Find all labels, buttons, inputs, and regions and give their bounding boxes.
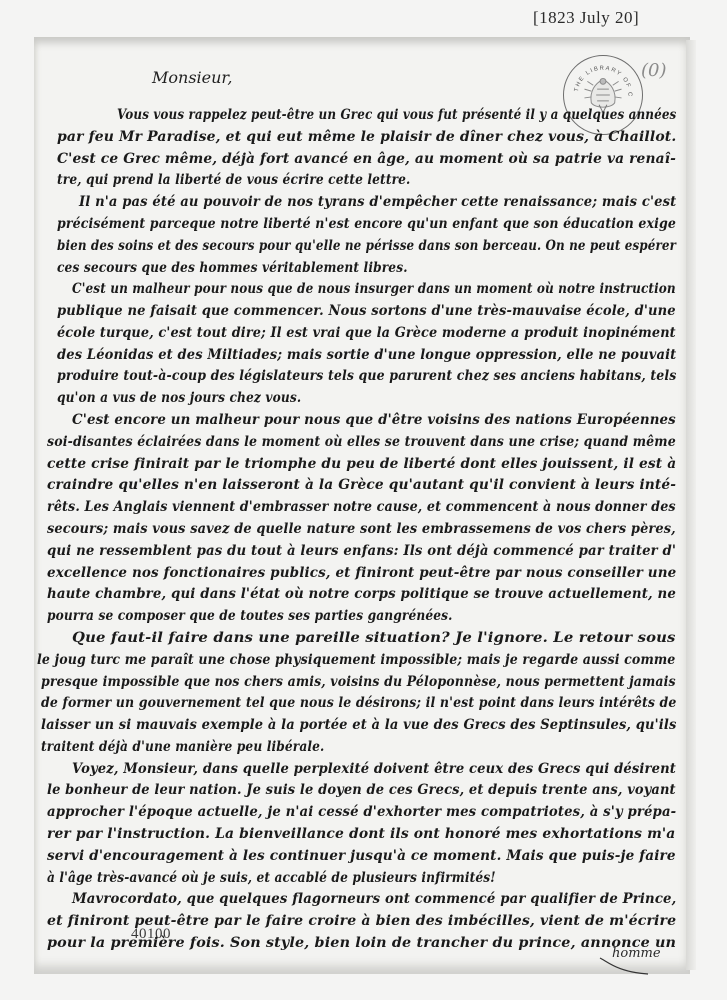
letter-line: laisser un si mauvais exemple à la porté… — [41, 717, 676, 733]
letter-line: école turque, c'est tout dire; Il est vr… — [57, 325, 676, 341]
letter-line: cette crise finirait par le triomphe du … — [47, 456, 676, 472]
letter-salutation: Monsieur, — [152, 68, 232, 87]
letter-line: Voyez, Monsieur, dans quelle perplexité … — [72, 761, 676, 777]
letter-line: soi-disantes éclairées dans le moment où… — [47, 434, 676, 450]
letter-line: rêts. Les Anglais viennent d'embrasser n… — [47, 499, 676, 515]
letter-line: publique ne faisait que commencer. Nous … — [57, 303, 676, 319]
letter-line: pourra se composer que de toutes ses par… — [47, 608, 453, 624]
letter-line: bien des soins et des secours pour qu'el… — [57, 238, 676, 254]
catalog-number: 40100 — [131, 926, 171, 943]
letter-line: Mavrocordato, que quelques flagorneurs o… — [72, 891, 676, 907]
letter-line: de former un gouvernement tel que nous l… — [41, 695, 676, 711]
letter-line: ces secours que des hommes véritablement… — [57, 260, 408, 276]
letter-line: craindre qu'elles n'en laisseront à la G… — [47, 477, 676, 493]
letter-line: traitent déjà d'une manière peu libérale… — [41, 739, 324, 755]
letter-line: presque impossible que nos chers amis, v… — [41, 674, 676, 690]
letter-line: par feu Mr Paradise, et qui eut même le … — [57, 129, 676, 145]
letter-line: secours; mais vous savez de quelle natur… — [47, 521, 676, 537]
letter-line: C'est encore un malheur pour nous que d'… — [72, 412, 676, 428]
letter-line: C'est ce Grec même, déjà fort avancé en … — [57, 151, 676, 167]
letter-line: servi d'encouragement à les continuer ju… — [47, 848, 676, 864]
letter-line: rer par l'instruction. La bienveillance … — [47, 826, 675, 842]
letter-line: qu'on a vus de nos jours chez vous. — [57, 390, 301, 406]
letter-line: haute chambre, qui dans l'état où notre … — [47, 586, 676, 602]
letter-line: des Léonidas et des Miltiades; mais sort… — [57, 347, 676, 363]
letter-line: Vous vous rappelez peut-être un Grec qui… — [117, 107, 676, 123]
letter-line: approcher l'époque actuelle, je n'ai ces… — [47, 804, 676, 820]
catchword-flourish-icon — [598, 952, 668, 978]
letter-line: précisément parceque notre liberté n'est… — [57, 216, 676, 232]
letter-line: à l'âge très-avancé où je suis, et accab… — [47, 870, 496, 886]
letter-body: Monsieur, Vous vous rappelez peut-être u… — [0, 0, 727, 1000]
letter-line: qui ne ressemblent pas du tout à leurs e… — [47, 543, 676, 559]
letter-line: produire tout-à-coup des législateurs te… — [57, 368, 676, 384]
letter-line: Il n'a pas été au pouvoir de nos tyrans … — [79, 194, 676, 210]
letter-line: le bonheur de leur nation. Je suis le do… — [47, 782, 676, 798]
letter-line: tre, qui prend la liberté de vous écrire… — [57, 172, 410, 188]
letter-line: excellence nos fonctionaires publics, et… — [47, 565, 676, 581]
letter-line: Que faut-il faire dans une pareille situ… — [72, 630, 676, 646]
letter-line: le joug turc me paraît une chose physiqu… — [37, 652, 675, 668]
letter-line: C'est un malheur pour nous que de nous i… — [72, 281, 676, 297]
